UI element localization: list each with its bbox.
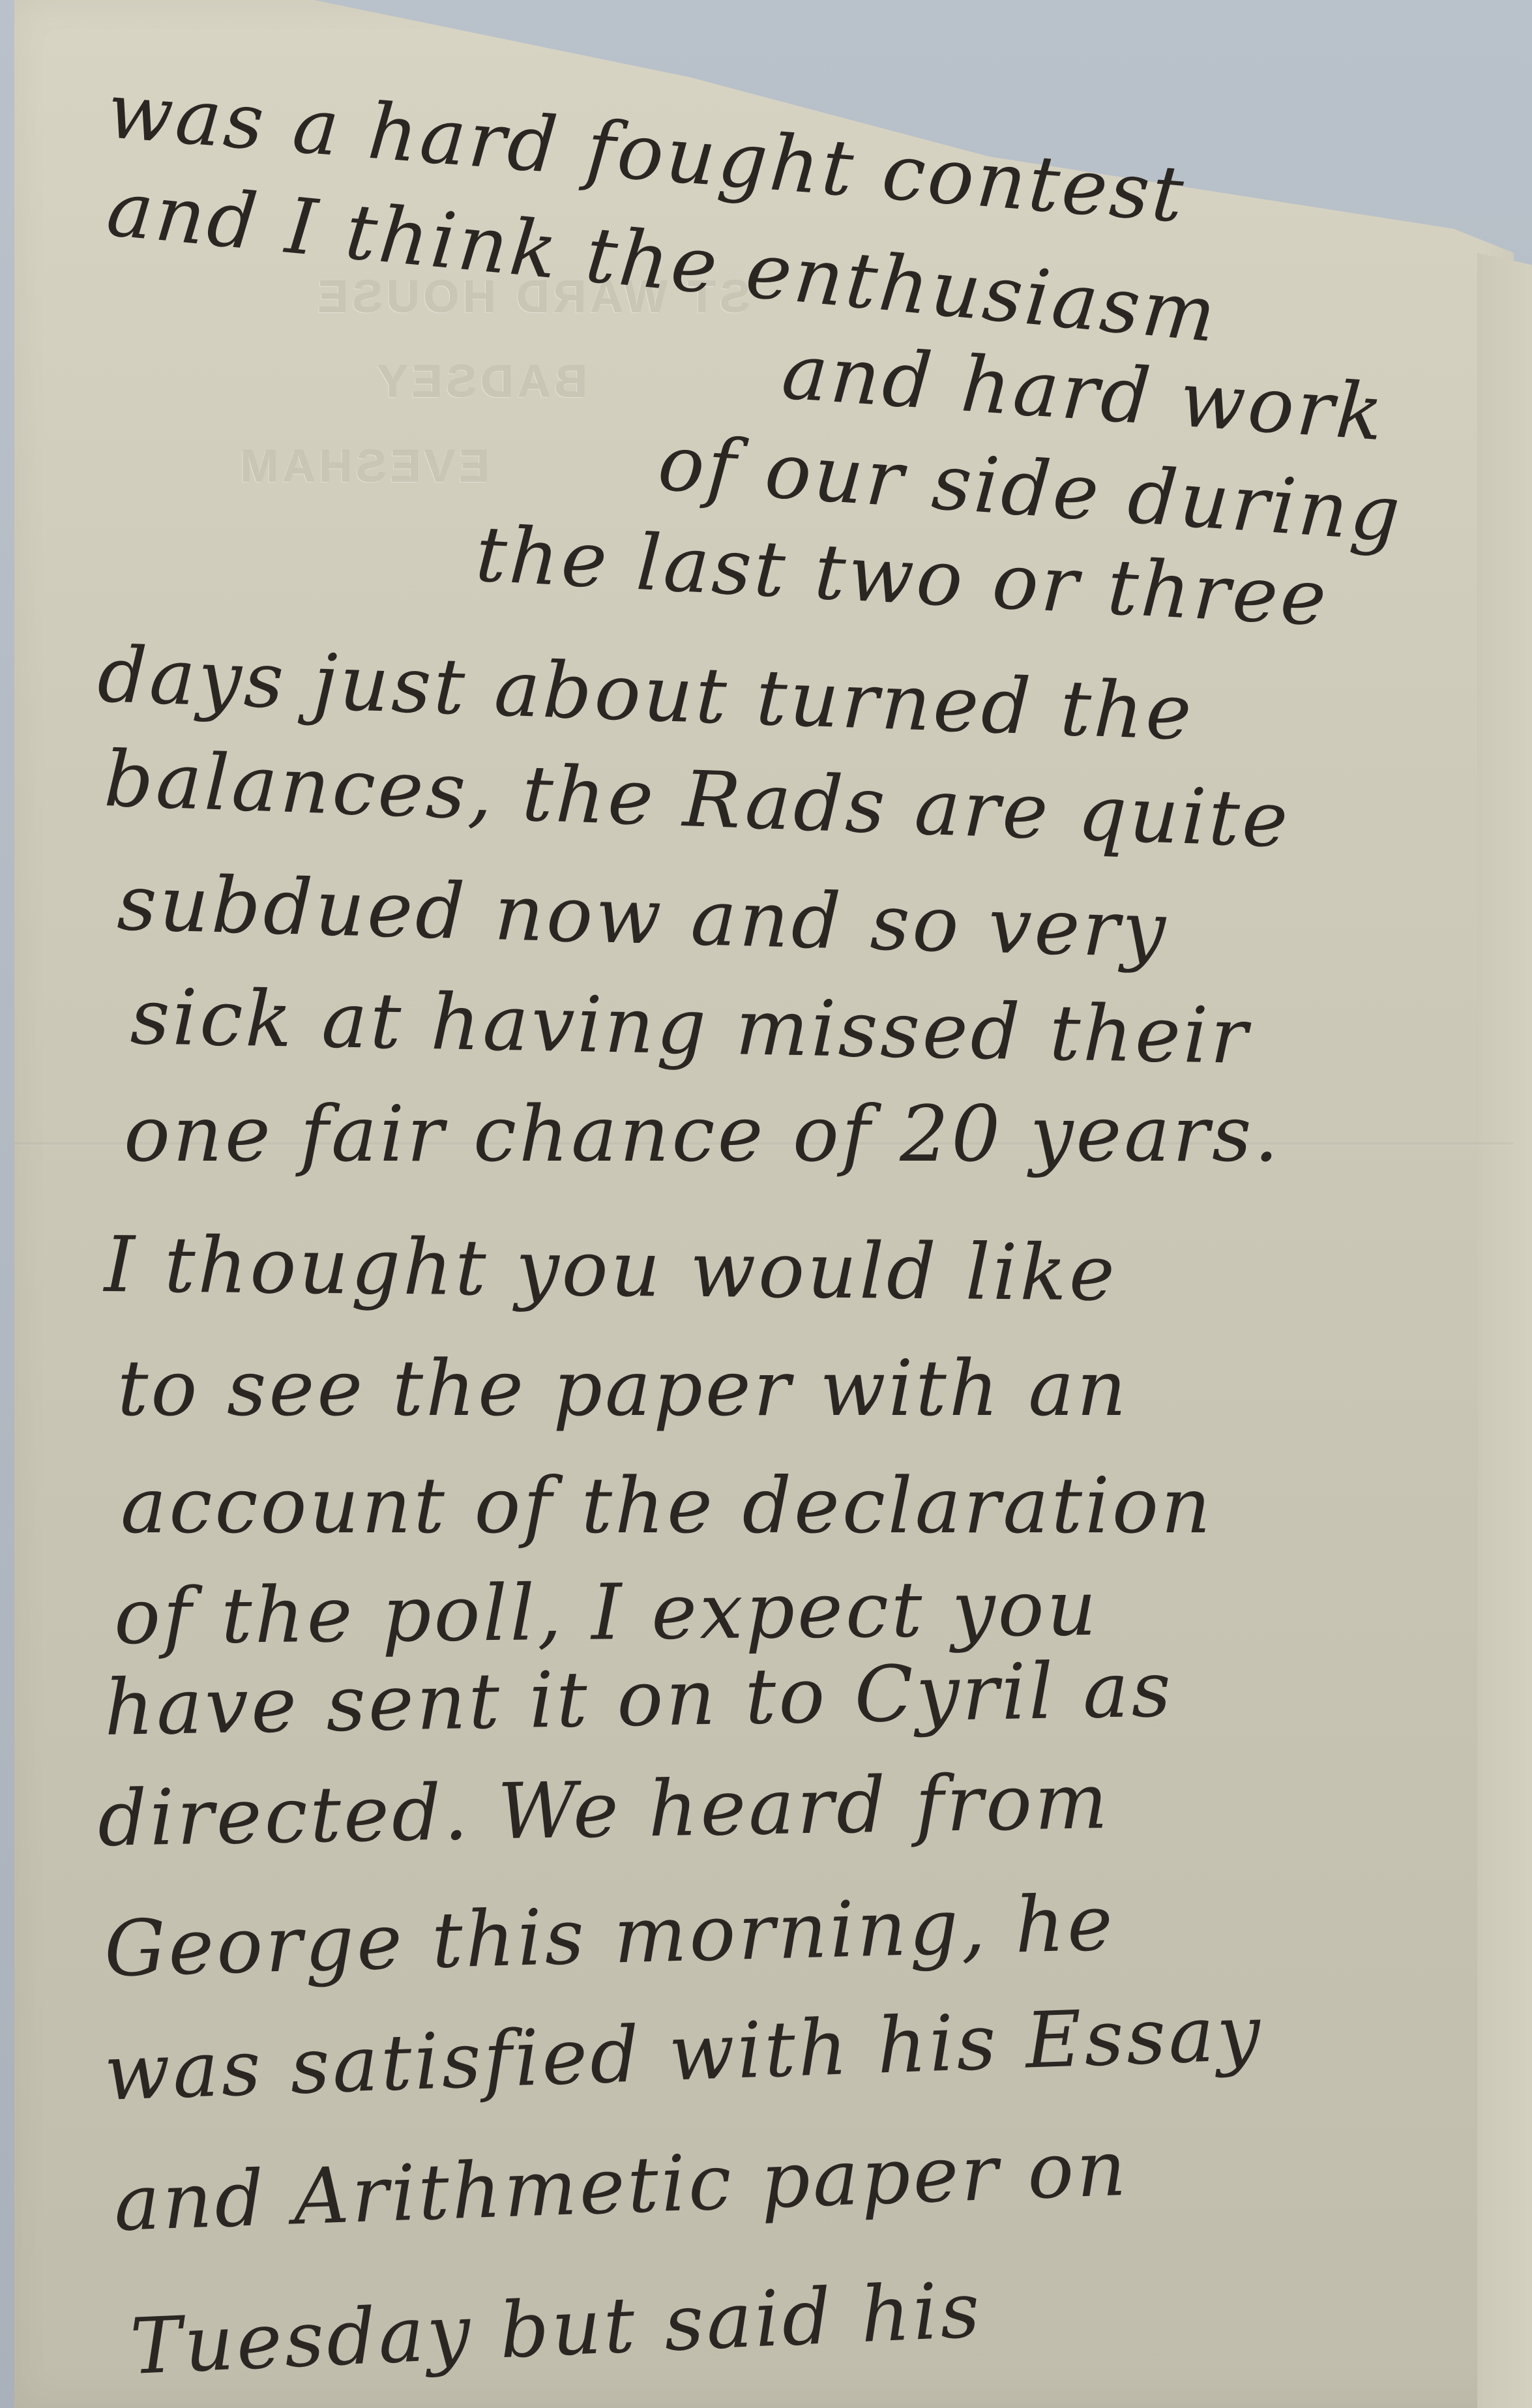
handwritten-line: directed. We heard from (97, 1762, 1111, 1857)
handwritten-line: and Arithmetic paper on (113, 2130, 1130, 2242)
handwritten-line: I thought you would like (104, 1226, 1117, 1312)
handwritten-line: George this morning, he (103, 1884, 1116, 1987)
handwritten-line: to see the paper with an (117, 1350, 1129, 1427)
handwritten-line: Tuesday but said his (128, 2271, 983, 2385)
handwritten-line: subdued now and so very (116, 864, 1169, 968)
handwritten-text: was a hard fought contest and I think th… (0, 0, 1532, 2408)
handwritten-line: of the poll, I expect you (113, 1569, 1099, 1655)
handwritten-line: one fair chance of 20 years. (124, 1095, 1281, 1172)
handwritten-line: was satisfied with his Essay (103, 1994, 1264, 2111)
handwritten-line: have sent it on to Cyril as (104, 1650, 1174, 1746)
handwritten-line: account of the declaration (121, 1467, 1213, 1544)
handwritten-line: sick at having missed their (130, 978, 1250, 1075)
handwritten-line: balances, the Rads are quite (103, 740, 1291, 858)
handwritten-line: days just about turned the (96, 636, 1196, 751)
